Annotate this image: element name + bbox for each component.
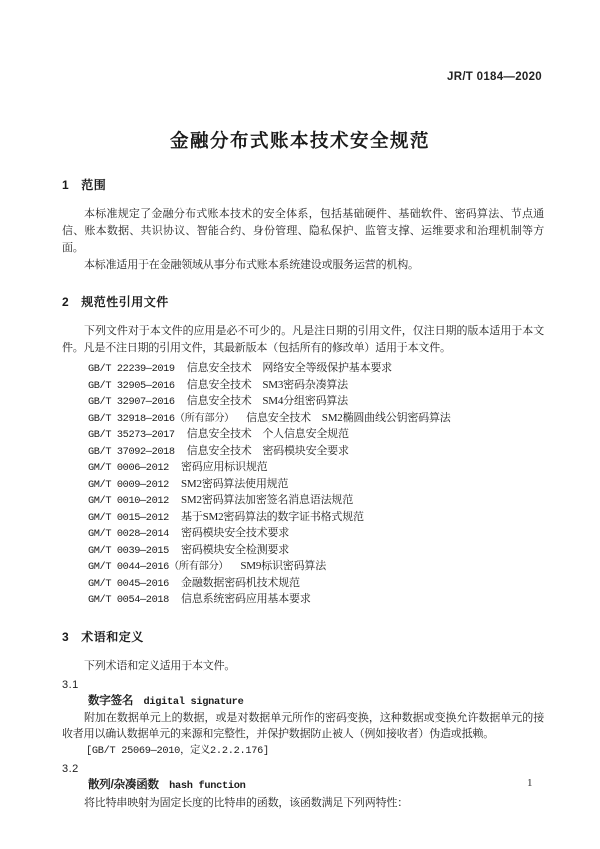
section-references-heading: 2规范性引用文件	[62, 294, 544, 311]
reference-code: GM/T 0044—2016（所有部分）	[88, 561, 228, 573]
reference-item: GB/T 32907—2016信息安全技术 SM4分组密码算法	[88, 394, 544, 411]
reference-code: GM/T 0045—2016	[88, 578, 169, 590]
terms-intro: 下列术语和定义适用于本文件。	[62, 658, 544, 675]
section-number: 3	[62, 630, 69, 644]
reference-code: GB/T 32907—2016	[88, 396, 175, 408]
reference-code: GM/T 0006—2012	[88, 462, 169, 474]
reference-code: GM/T 0054—2018	[88, 594, 169, 606]
term-name-en: digital signature	[144, 696, 244, 708]
reference-title: 密码模块安全技术要求	[181, 527, 289, 539]
reference-code: GB/T 35273—2017	[88, 429, 175, 441]
reference-item: GM/T 0009—2012SM2密码算法使用规范	[88, 477, 544, 494]
section-title: 术语和定义	[81, 630, 144, 644]
scope-paragraph-2: 本标准适用于在金融领域从事分布式账本系统建设或服务运营的机构。	[62, 257, 544, 274]
reference-code: GM/T 0039—2015	[88, 545, 169, 557]
term-number-3-2: 3.2	[62, 761, 544, 777]
document-title: 金融分布式账本技术安全规范	[0, 127, 600, 153]
reference-code: GB/T 37092—2018	[88, 446, 175, 458]
reference-item: GM/T 0054—2018信息系统密码应用基本要求	[88, 592, 544, 609]
section-number: 2	[62, 295, 69, 309]
term-name-line: 散列/杂凑函数hash function	[62, 777, 544, 794]
reference-title: 信息安全技术 SM4分组密码算法	[187, 395, 348, 407]
reference-item: GM/T 0045—2016金融数据密码机技术规范	[88, 576, 544, 593]
term-number-3-1: 3.1	[62, 677, 544, 693]
reference-code: GM/T 0009—2012	[88, 479, 169, 491]
term-name-line: 数字签名digital signature	[62, 693, 544, 710]
reference-code: GB/T 22239—2019	[88, 363, 175, 375]
term-name-zh: 散列/杂凑函数	[88, 779, 159, 791]
term-source: [GB/T 25069—2010，定义2.2.2.176]	[62, 743, 544, 759]
reference-title: 信息安全技术 网络安全等级保护基本要求	[187, 362, 392, 374]
reference-title: SM2密码算法使用规范	[181, 478, 288, 490]
document-body: 1范围 本标准规定了金融分布式账本技术的安全体系，包括基础硬件、基础软件、密码算…	[62, 177, 544, 811]
reference-item: GB/T 35273—2017信息安全技术 个人信息安全规范	[88, 427, 544, 444]
reference-item: GM/T 0044—2016（所有部分）SM9标识密码算法	[88, 559, 544, 576]
section-title: 规范性引用文件	[81, 295, 169, 309]
section-scope-heading: 1范围	[62, 177, 544, 194]
reference-item: GM/T 0010—2012SM2密码算法加密签名消息语法规范	[88, 493, 544, 510]
reference-title: 信息安全技术 密码模块安全要求	[187, 445, 349, 457]
reference-title: 信息安全技术 SM2椭圆曲线公钥密码算法	[246, 412, 450, 424]
standard-code: JR/T 0184—2020	[447, 71, 542, 83]
reference-title: 金融数据密码机技术规范	[181, 577, 300, 589]
page-number: 1	[527, 777, 533, 789]
section-title: 范围	[81, 178, 106, 192]
terms-block: 3.1 数字签名digital signature 附加在数据单元上的数据，或是…	[62, 677, 544, 811]
reference-item: GB/T 32905—2016信息安全技术 SM3密码杂凑算法	[88, 378, 544, 395]
reference-item: GB/T 32918—2016（所有部分）信息安全技术 SM2椭圆曲线公钥密码算…	[88, 411, 544, 428]
references-intro: 下列文件对于本文件的应用是必不可少的。凡是注日期的引用文件，仅注日期的版本适用于…	[62, 323, 544, 357]
term-definition: 附加在数据单元上的数据，或是对数据单元所作的密码变换，这种数据或变换允许数据单元…	[62, 710, 544, 743]
reference-item: GM/T 0028—2014密码模块安全技术要求	[88, 526, 544, 543]
section-terms-heading: 3术语和定义	[62, 629, 544, 646]
reference-item: GB/T 22239—2019信息安全技术 网络安全等级保护基本要求	[88, 361, 544, 378]
reference-title: 信息系统密码应用基本要求	[181, 593, 311, 605]
reference-title: 密码应用标识规范	[181, 461, 267, 473]
reference-code: GM/T 0015—2012	[88, 512, 169, 524]
references-list: GB/T 22239—2019信息安全技术 网络安全等级保护基本要求 GB/T …	[62, 361, 544, 609]
reference-code: GM/T 0010—2012	[88, 495, 169, 507]
term-name-zh: 数字签名	[88, 695, 133, 707]
document-page: JR/T 0184—2020 金融分布式账本技术安全规范 1范围 本标准规定了金…	[0, 0, 600, 849]
scope-paragraph-1: 本标准规定了金融分布式账本技术的安全体系，包括基础硬件、基础软件、密码算法、节点…	[62, 206, 544, 257]
reference-code: GB/T 32905—2016	[88, 380, 175, 392]
reference-title: 信息安全技术 SM3密码杂凑算法	[187, 379, 348, 391]
reference-code: GM/T 0028—2014	[88, 528, 169, 540]
reference-item: GM/T 0006—2012密码应用标识规范	[88, 460, 544, 477]
reference-title: SM9标识密码算法	[240, 560, 326, 572]
term-definition: 将比特串映射为固定长度的比特串的函数，该函数满足下列两特性：	[62, 795, 544, 811]
reference-title: 基于SM2密码算法的数字证书格式规范	[181, 511, 364, 523]
reference-title: 密码模块安全检测要求	[181, 544, 289, 556]
reference-item: GM/T 0015—2012基于SM2密码算法的数字证书格式规范	[88, 510, 544, 527]
reference-title: 信息安全技术 个人信息安全规范	[187, 428, 349, 440]
term-name-en: hash function	[169, 780, 245, 792]
reference-title: SM2密码算法加密签名消息语法规范	[181, 494, 353, 506]
section-number: 1	[62, 178, 69, 192]
reference-item: GM/T 0039—2015密码模块安全检测要求	[88, 543, 544, 560]
reference-code: GB/T 32918—2016（所有部分）	[88, 413, 234, 425]
reference-item: GB/T 37092—2018信息安全技术 密码模块安全要求	[88, 444, 544, 461]
